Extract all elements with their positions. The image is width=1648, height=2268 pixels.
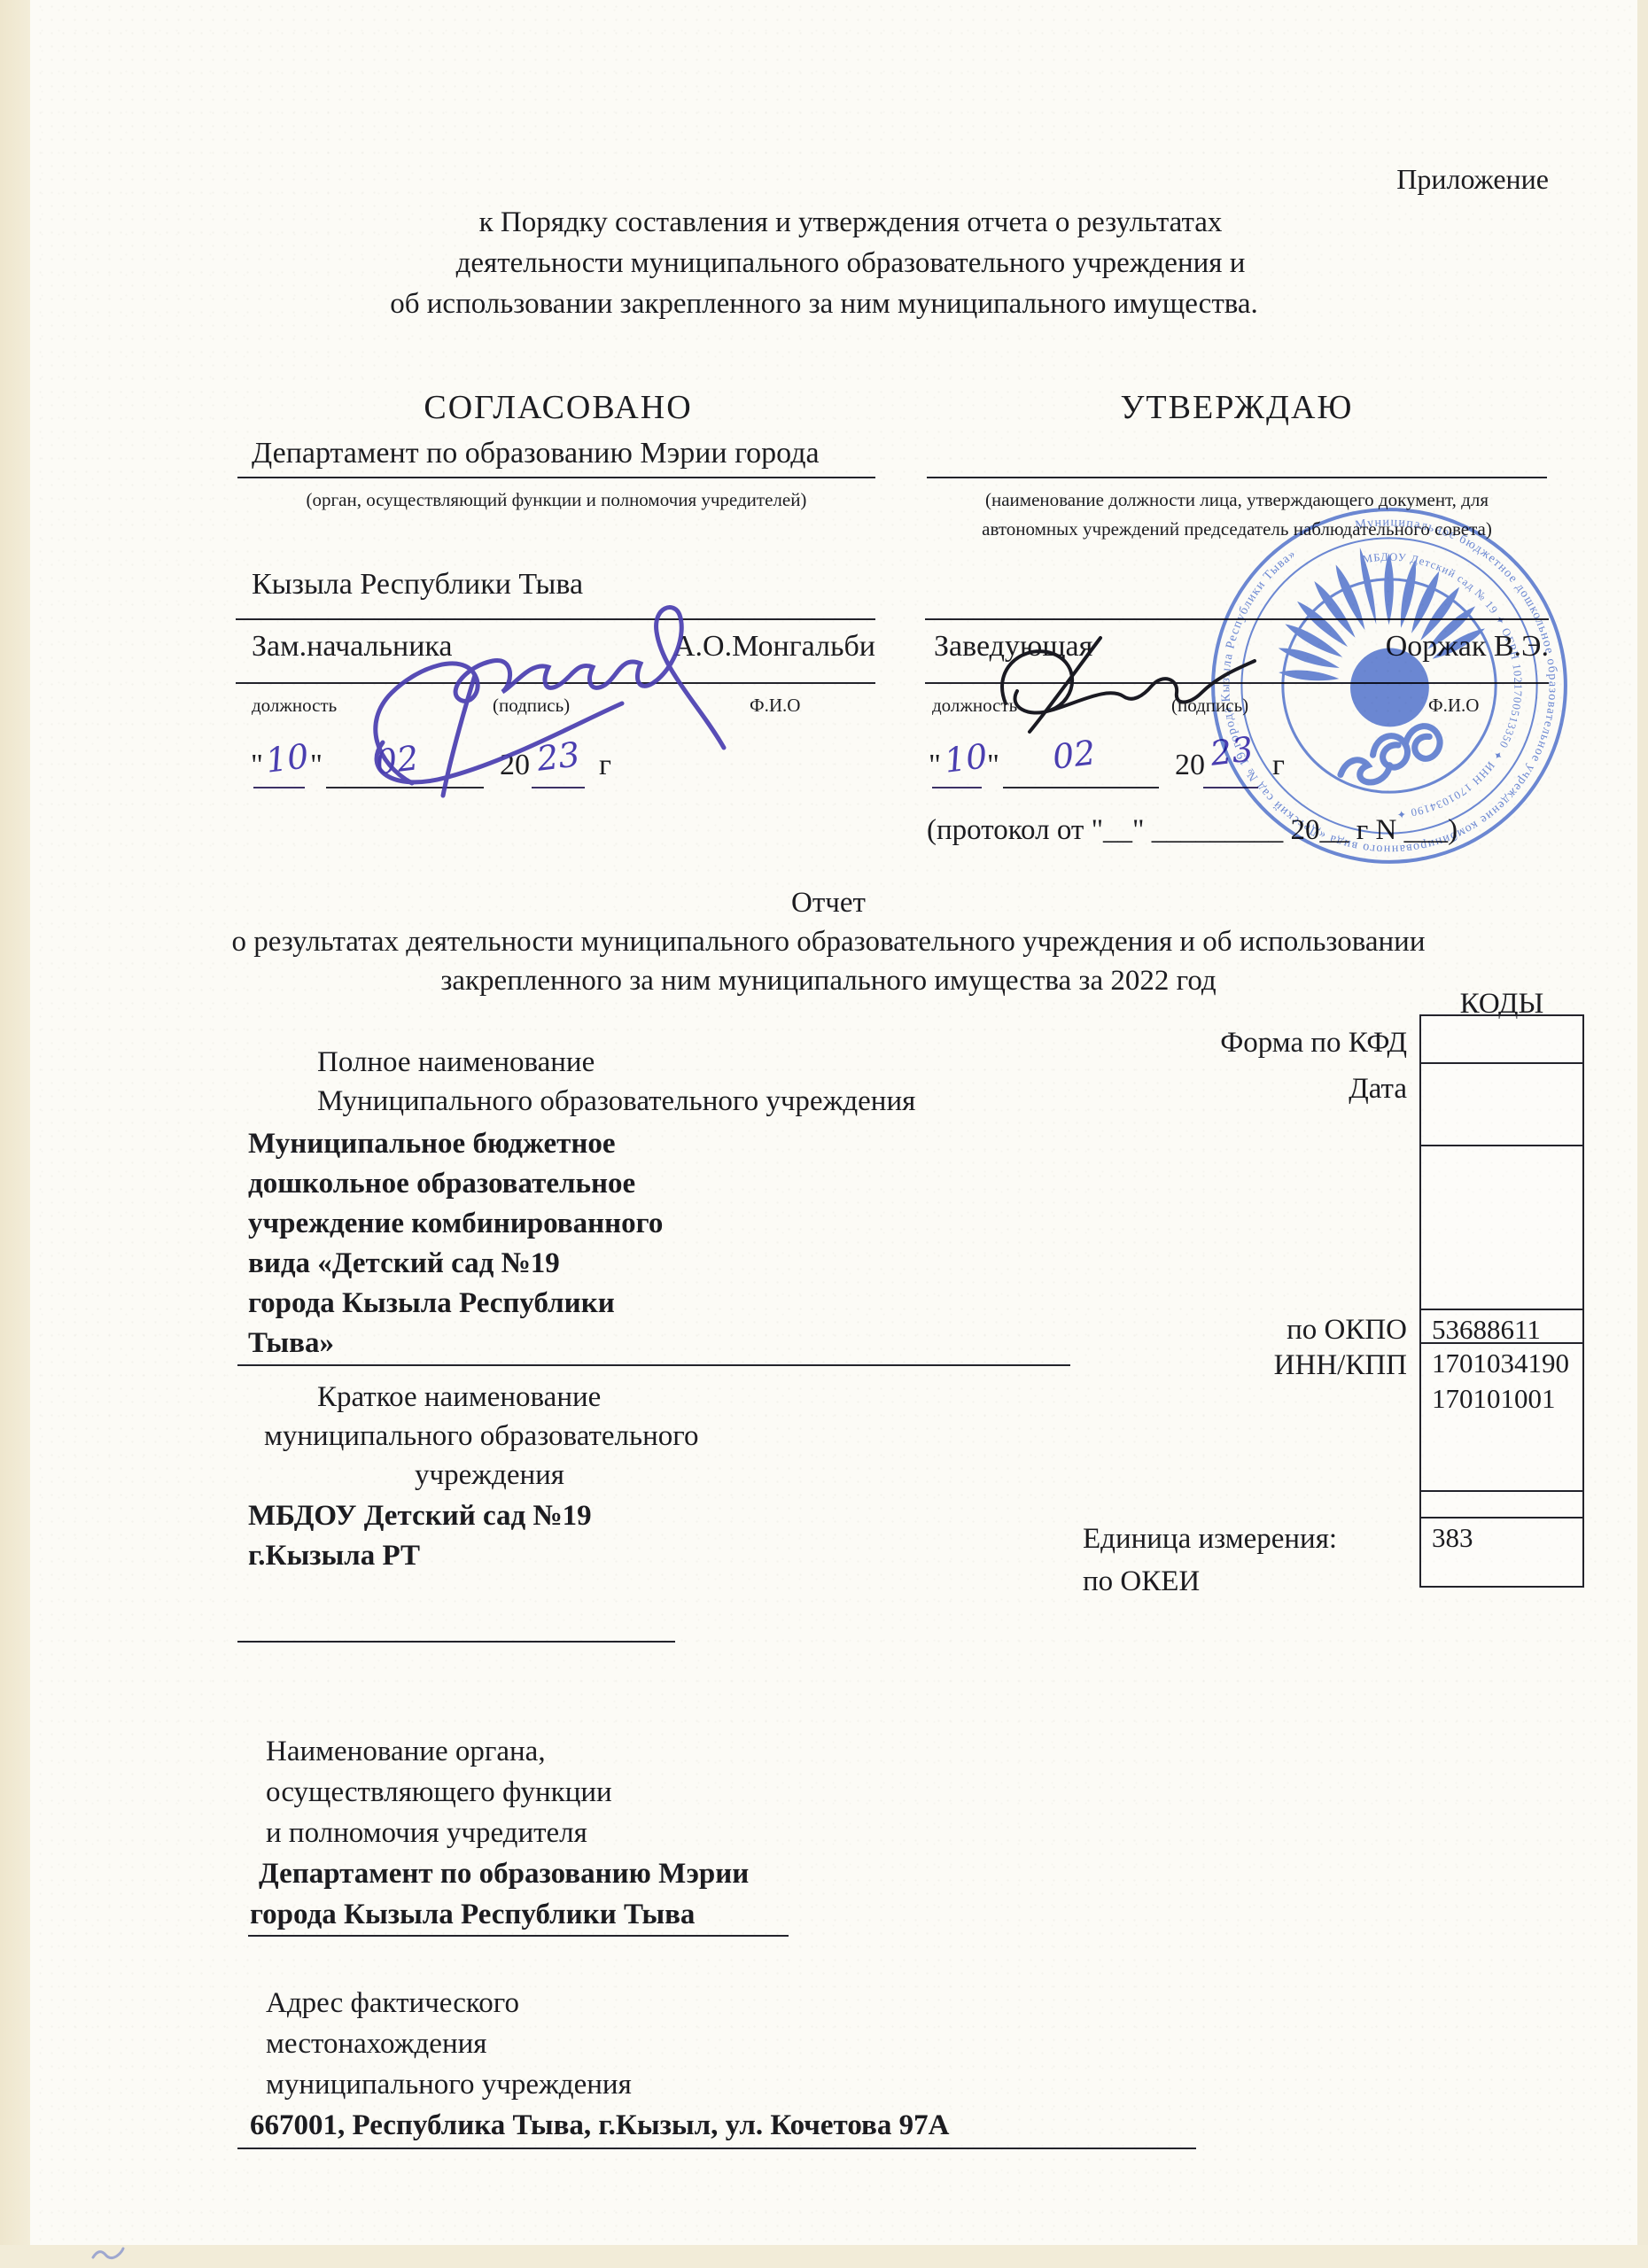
report-title-line2: о результатах деятельности муниципальног… (89, 923, 1568, 961)
approved-signature-ink (966, 633, 1276, 739)
stamp-emblem-knot (1334, 723, 1445, 788)
address-caption3: муниципального учреждения (266, 2066, 632, 2104)
appendix-line-4: об использовании закрепленного за ним му… (159, 285, 1489, 323)
code-box-okpo: 53688611 (1419, 1309, 1584, 1344)
date-day-underline (932, 787, 982, 788)
inn-value: 1701034190 (1421, 1344, 1582, 1379)
approved-date-century: 20 (1175, 746, 1205, 785)
founder-value2: города Кызыла Республики Тыва (250, 1896, 695, 1934)
full-name-caption2: Муниципального образовательного учрежден… (317, 1083, 915, 1121)
report-title-line1: Отчет (89, 884, 1568, 922)
full-name-line: Муниципальное бюджетное (248, 1125, 615, 1163)
agreed-heading: СОГЛАСОВАНО (239, 388, 877, 427)
appendix-label: Приложение (797, 161, 1549, 198)
founder-caption1: Наименование органа, (266, 1733, 546, 1771)
agreed-date-quote-close: " (310, 746, 323, 785)
divider (237, 477, 875, 478)
address-caption1: Адрес фактического (266, 1984, 519, 2023)
agreed-caption-position: должность (252, 691, 337, 720)
label-form-kfd: Форма по КФД (1019, 1024, 1407, 1062)
agreed-date-day-handwritten: 10 (263, 736, 310, 781)
agreed-org-line1: Департамент по образованию Мэрии города (252, 434, 820, 473)
short-name-line1: МБДОУ Детский сад №19 (248, 1497, 592, 1535)
code-box-spacer (1419, 1145, 1584, 1310)
kpp-value: 170101001 (1421, 1379, 1582, 1415)
date-day-underline (253, 787, 305, 788)
full-name-caption1: Полное наименование (317, 1044, 595, 1082)
code-box-date (1419, 1062, 1584, 1146)
report-title-line3: закрепленного за ним муниципального имущ… (89, 962, 1568, 1000)
code-box-inn-kpp: 1701034190 170101001 (1419, 1342, 1584, 1492)
short-name-underline (237, 1641, 675, 1643)
approved-date-quote-open: " (929, 746, 941, 785)
scan-edge-bottom (0, 2245, 1648, 2268)
address-underline (237, 2148, 1196, 2149)
short-name-caption2: муниципального образовательного (264, 1417, 698, 1456)
address-value: 667001, Республика Тыва, г.Кызыл, ул. Ко… (250, 2107, 949, 2145)
appendix-line-3: деятельности муниципального образователь… (222, 245, 1480, 283)
full-name-line: дошкольное образовательное (248, 1165, 635, 1203)
code-box-kfd (1419, 1014, 1584, 1064)
full-name-line: Тыва» (248, 1324, 334, 1363)
short-name-caption3: учреждения (415, 1456, 564, 1495)
code-box-spacer-small (1419, 1490, 1584, 1518)
address-caption2: местонахождения (266, 2025, 486, 2063)
scanned-document-page: Приложение к Порядку составления и утвер… (0, 0, 1648, 2268)
full-name-underline (237, 1364, 1070, 1366)
appendix-line-2: к Порядку составления и утверждения отче… (222, 204, 1480, 242)
approved-heading: УТВЕРЖДАЮ (927, 388, 1547, 427)
okpo-value: 53688611 (1421, 1310, 1582, 1346)
agreed-org-caption: (орган, осуществляющий функции и полномо… (237, 485, 875, 515)
label-okpo: по ОКПО (1019, 1311, 1407, 1349)
date-month-underline (1003, 787, 1159, 788)
okei-value: 383 (1421, 1518, 1582, 1554)
full-name-line: города Кызыла Республики (248, 1285, 615, 1323)
approved-date-day-handwritten: 10 (942, 736, 989, 781)
agreed-caption-fio: Ф.И.О (750, 691, 800, 720)
code-box-okei: 383 (1419, 1517, 1584, 1588)
full-name-line: вида «Детский сад №19 (248, 1245, 560, 1283)
divider (927, 477, 1547, 478)
founder-value1: Департамент по образованию Мэрии (259, 1855, 749, 1893)
founder-underline (248, 1935, 789, 1937)
founder-caption2: осуществляющего функции (266, 1774, 612, 1812)
agreed-signature-ink (328, 599, 735, 803)
approved-date-quote-close: " (987, 746, 999, 785)
label-date: Дата (1019, 1070, 1407, 1108)
full-name-line: учреждение комбинированного (248, 1205, 663, 1243)
approved-date-month-handwritten: 02 (1050, 733, 1097, 777)
short-name-line2: г.Кызыла РТ (248, 1537, 420, 1575)
label-inn-kpp: ИНН/КПП (1019, 1347, 1407, 1385)
founder-caption3: и полномочия учредителя (266, 1814, 587, 1852)
scan-edge-left (0, 0, 30, 2268)
ink-smudge-artifact (90, 2245, 126, 2263)
label-unit-okei: Единица измерения: по ОКЕИ (1083, 1518, 1366, 1604)
short-name-caption1: Краткое наименование (317, 1379, 601, 1417)
agreed-date-quote-open: " (251, 746, 263, 785)
scan-edge-right (1637, 0, 1648, 2268)
